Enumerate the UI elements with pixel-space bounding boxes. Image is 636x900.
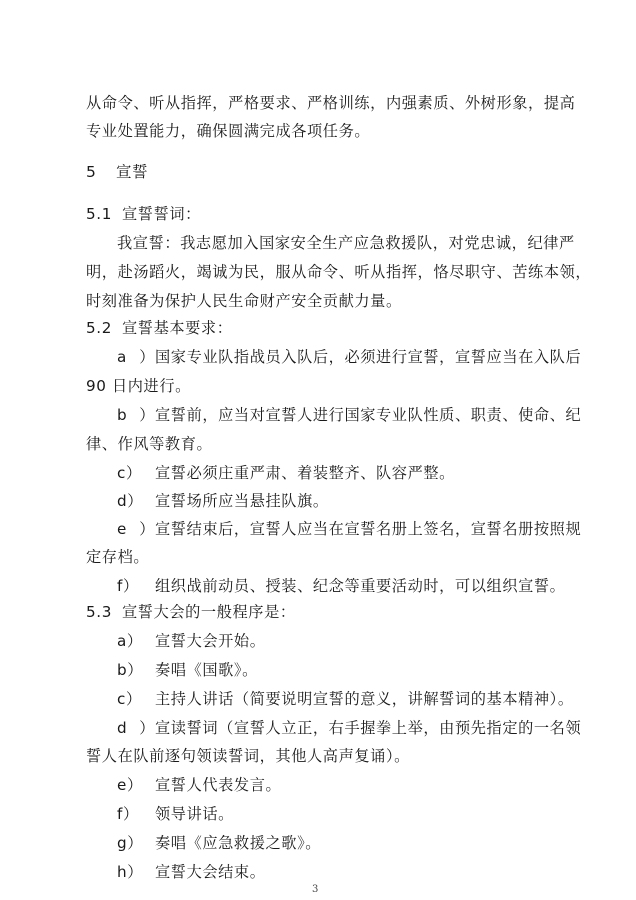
list-item-label: d） — [117, 491, 155, 511]
list-item-text: 奏唱《国歌》。 — [155, 661, 258, 679]
oath-line: 时刻准备为保护人民生命财产安全贡献力量。 — [86, 291, 556, 311]
list-item-text: 主持人讲话（简要说明宣誓的意义，讲解誓词的基本精神）。 — [155, 690, 574, 708]
paragraph-line: 专业处置能力，确保圆满完成各项任务。 — [86, 121, 556, 141]
list-item-label: h） — [117, 862, 155, 882]
list-item-label: d） — [117, 718, 155, 738]
subsection-number: 5.2 — [86, 318, 122, 338]
list-item: f）组织战前动员、授装、纪念等重要活动时，可以组织宣誓。 — [117, 576, 556, 596]
list-item: d）宣读誓词（宣誓人立正，右手握拳上举，由预先指定的一名领 — [117, 718, 556, 738]
list-item-label: f） — [117, 804, 155, 824]
list-item-text: 领导讲话。 — [155, 805, 234, 823]
subsection-title: 宣誓大会的一般程序是： — [122, 603, 296, 621]
list-item: f）领导讲话。 — [117, 804, 556, 824]
oath-line: 明，赴汤蹈火，竭诚为民，服从命令、听从指挥，恪尽职守、苦练本领， — [86, 262, 556, 282]
list-item-text: 宣誓结束后，宣誓人应当在宣誓名册上签名，宣誓名册按照规 — [155, 520, 581, 538]
subsection-number: 5.3 — [86, 602, 122, 622]
list-item-continuation: 定存档。 — [86, 547, 556, 567]
list-item-text: 宣誓大会开始。 — [155, 632, 266, 650]
oath-line: 我宣誓：我志愿加入国家安全生产应急救援队，对党忠诚，纪律严 — [117, 233, 556, 253]
list-item: a）国家专业队指战员入队后，必须进行宣誓，宣誓应当在入队后 — [117, 347, 556, 367]
section-number: 5 — [86, 162, 116, 182]
list-item-label: a） — [117, 347, 155, 367]
list-item-continuation: 律、作风等教育。 — [86, 434, 556, 454]
section-heading: 5宣誓 — [86, 162, 556, 182]
list-item-text: 组织战前动员、授装、纪念等重要活动时，可以组织宣誓。 — [155, 577, 565, 595]
list-item: a）宣誓大会开始。 — [117, 631, 556, 651]
list-item: b）宣誓前，应当对宣誓人进行国家专业队性质、职责、使命、纪 — [117, 405, 556, 425]
list-item: e）宣誓结束后，宣誓人应当在宣誓名册上签名，宣誓名册按照规 — [117, 519, 556, 539]
list-item-text: 宣读誓词（宣誓人立正，右手握拳上举，由预先指定的一名领 — [155, 719, 581, 737]
subsection-heading: 5.2宣誓基本要求： — [86, 318, 556, 338]
list-item-continuation: 誓人在队前逐句领读誓词，其他人高声复诵）。 — [86, 746, 556, 766]
subsection-title: 宣誓基本要求： — [122, 319, 233, 337]
list-item-label: g） — [117, 833, 155, 853]
list-item-text: 奏唱《应急救援之歌》。 — [155, 834, 321, 852]
list-item-label: b） — [117, 405, 155, 425]
subsection-title: 宣誓誓词： — [122, 205, 201, 223]
section-title: 宣誓 — [116, 163, 148, 181]
list-item: e）宣誓人代表发言。 — [117, 775, 556, 795]
list-item-label: c） — [117, 463, 155, 483]
list-item-label: f） — [117, 576, 155, 596]
paragraph-line: 从命令、听从指挥，严格要求、严格训练，内强素质、外树形象，提高 — [86, 93, 556, 113]
list-item-label: c） — [117, 689, 155, 709]
list-item: d）宣誓场所应当悬挂队旗。 — [117, 491, 556, 511]
subsection-heading: 5.1宣誓誓词： — [86, 204, 556, 224]
list-item: b）奏唱《国歌》。 — [117, 660, 556, 680]
list-item-text: 宣誓必须庄重严肃、着装整齐、队容严整。 — [155, 464, 455, 482]
list-item: h）宣誓大会结束。 — [117, 862, 556, 882]
subsection-number: 5.1 — [86, 204, 122, 224]
subsection-heading: 5.3宣誓大会的一般程序是： — [86, 602, 556, 622]
list-item-text: 宣誓场所应当悬挂队旗。 — [155, 492, 329, 510]
list-item-text: 宣誓前，应当对宣誓人进行国家专业队性质、职责、使命、纪 — [155, 406, 581, 424]
list-item: c）宣誓必须庄重严肃、着装整齐、队容严整。 — [117, 463, 556, 483]
list-item-label: b） — [117, 660, 155, 680]
list-item-continuation: 90 日内进行。 — [86, 376, 556, 396]
list-item-text: 宣誓人代表发言。 — [155, 776, 281, 794]
list-item: c）主持人讲话（简要说明宣誓的意义，讲解誓词的基本精神）。 — [117, 689, 556, 709]
list-item: g）奏唱《应急救援之歌》。 — [117, 833, 556, 853]
document-page: 从命令、听从指挥，严格要求、严格训练，内强素质、外树形象，提高 专业处置能力，确… — [0, 0, 636, 900]
list-item-label: e） — [117, 519, 155, 539]
list-item-label: a） — [117, 631, 155, 651]
page-number: 3 — [312, 884, 318, 895]
list-item-label: e） — [117, 775, 155, 795]
list-item-text: 国家专业队指战员入队后，必须进行宣誓，宣誓应当在入队后 — [155, 348, 581, 366]
list-item-text: 宣誓大会结束。 — [155, 863, 266, 881]
